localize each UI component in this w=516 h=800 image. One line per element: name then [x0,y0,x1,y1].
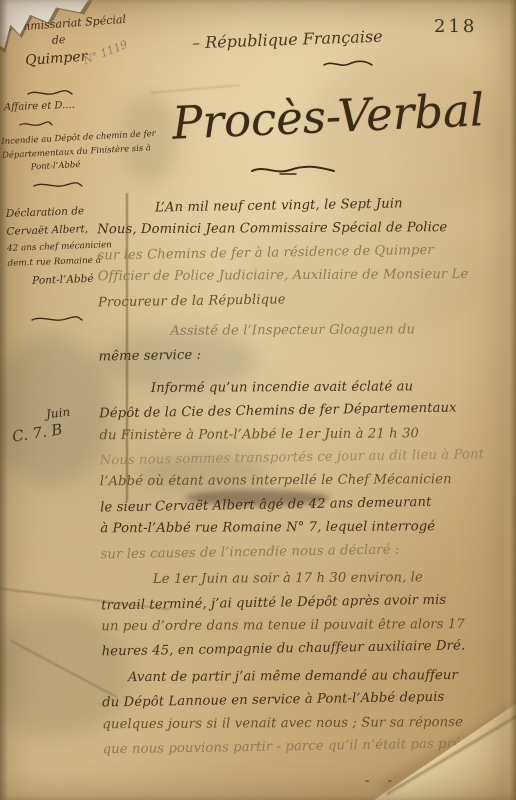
document-title: Procès-Verbal [171,83,485,150]
paper-left-edge [0,0,8,800]
document-scan: 218 – République Française Procès-Verbal… [0,0,516,800]
body-line: Procureur de la République [98,284,512,314]
margin-paraph-initials: C. 7. B [11,420,64,446]
header-underline-flourish [322,58,374,70]
declaration-underline-flourish [30,314,84,324]
margin-subject-note: Incendie au Dépôt de chemin de fer Dépar… [1,128,157,177]
body-line: même service : [98,339,512,369]
body-text: L’An mil neuf cent vingt, le Sept Juin N… [97,192,516,796]
body-line: heures 45, en compagnie du chauffeur aux… [101,634,515,664]
subject-underline-flourish [32,180,84,190]
page-number: 218 [434,16,477,37]
title-underline-flourish [250,163,336,177]
margin-case-note: Affaire et D.... [4,99,75,116]
margin-date-note: Juin [45,405,70,421]
office-underline-flourish [26,88,74,98]
paper-crease [150,84,240,93]
header-republique: – République Française [192,27,383,53]
body-line: sur les causes de l’incendie nous a décl… [100,536,514,566]
case-underline-flourish [18,120,54,129]
